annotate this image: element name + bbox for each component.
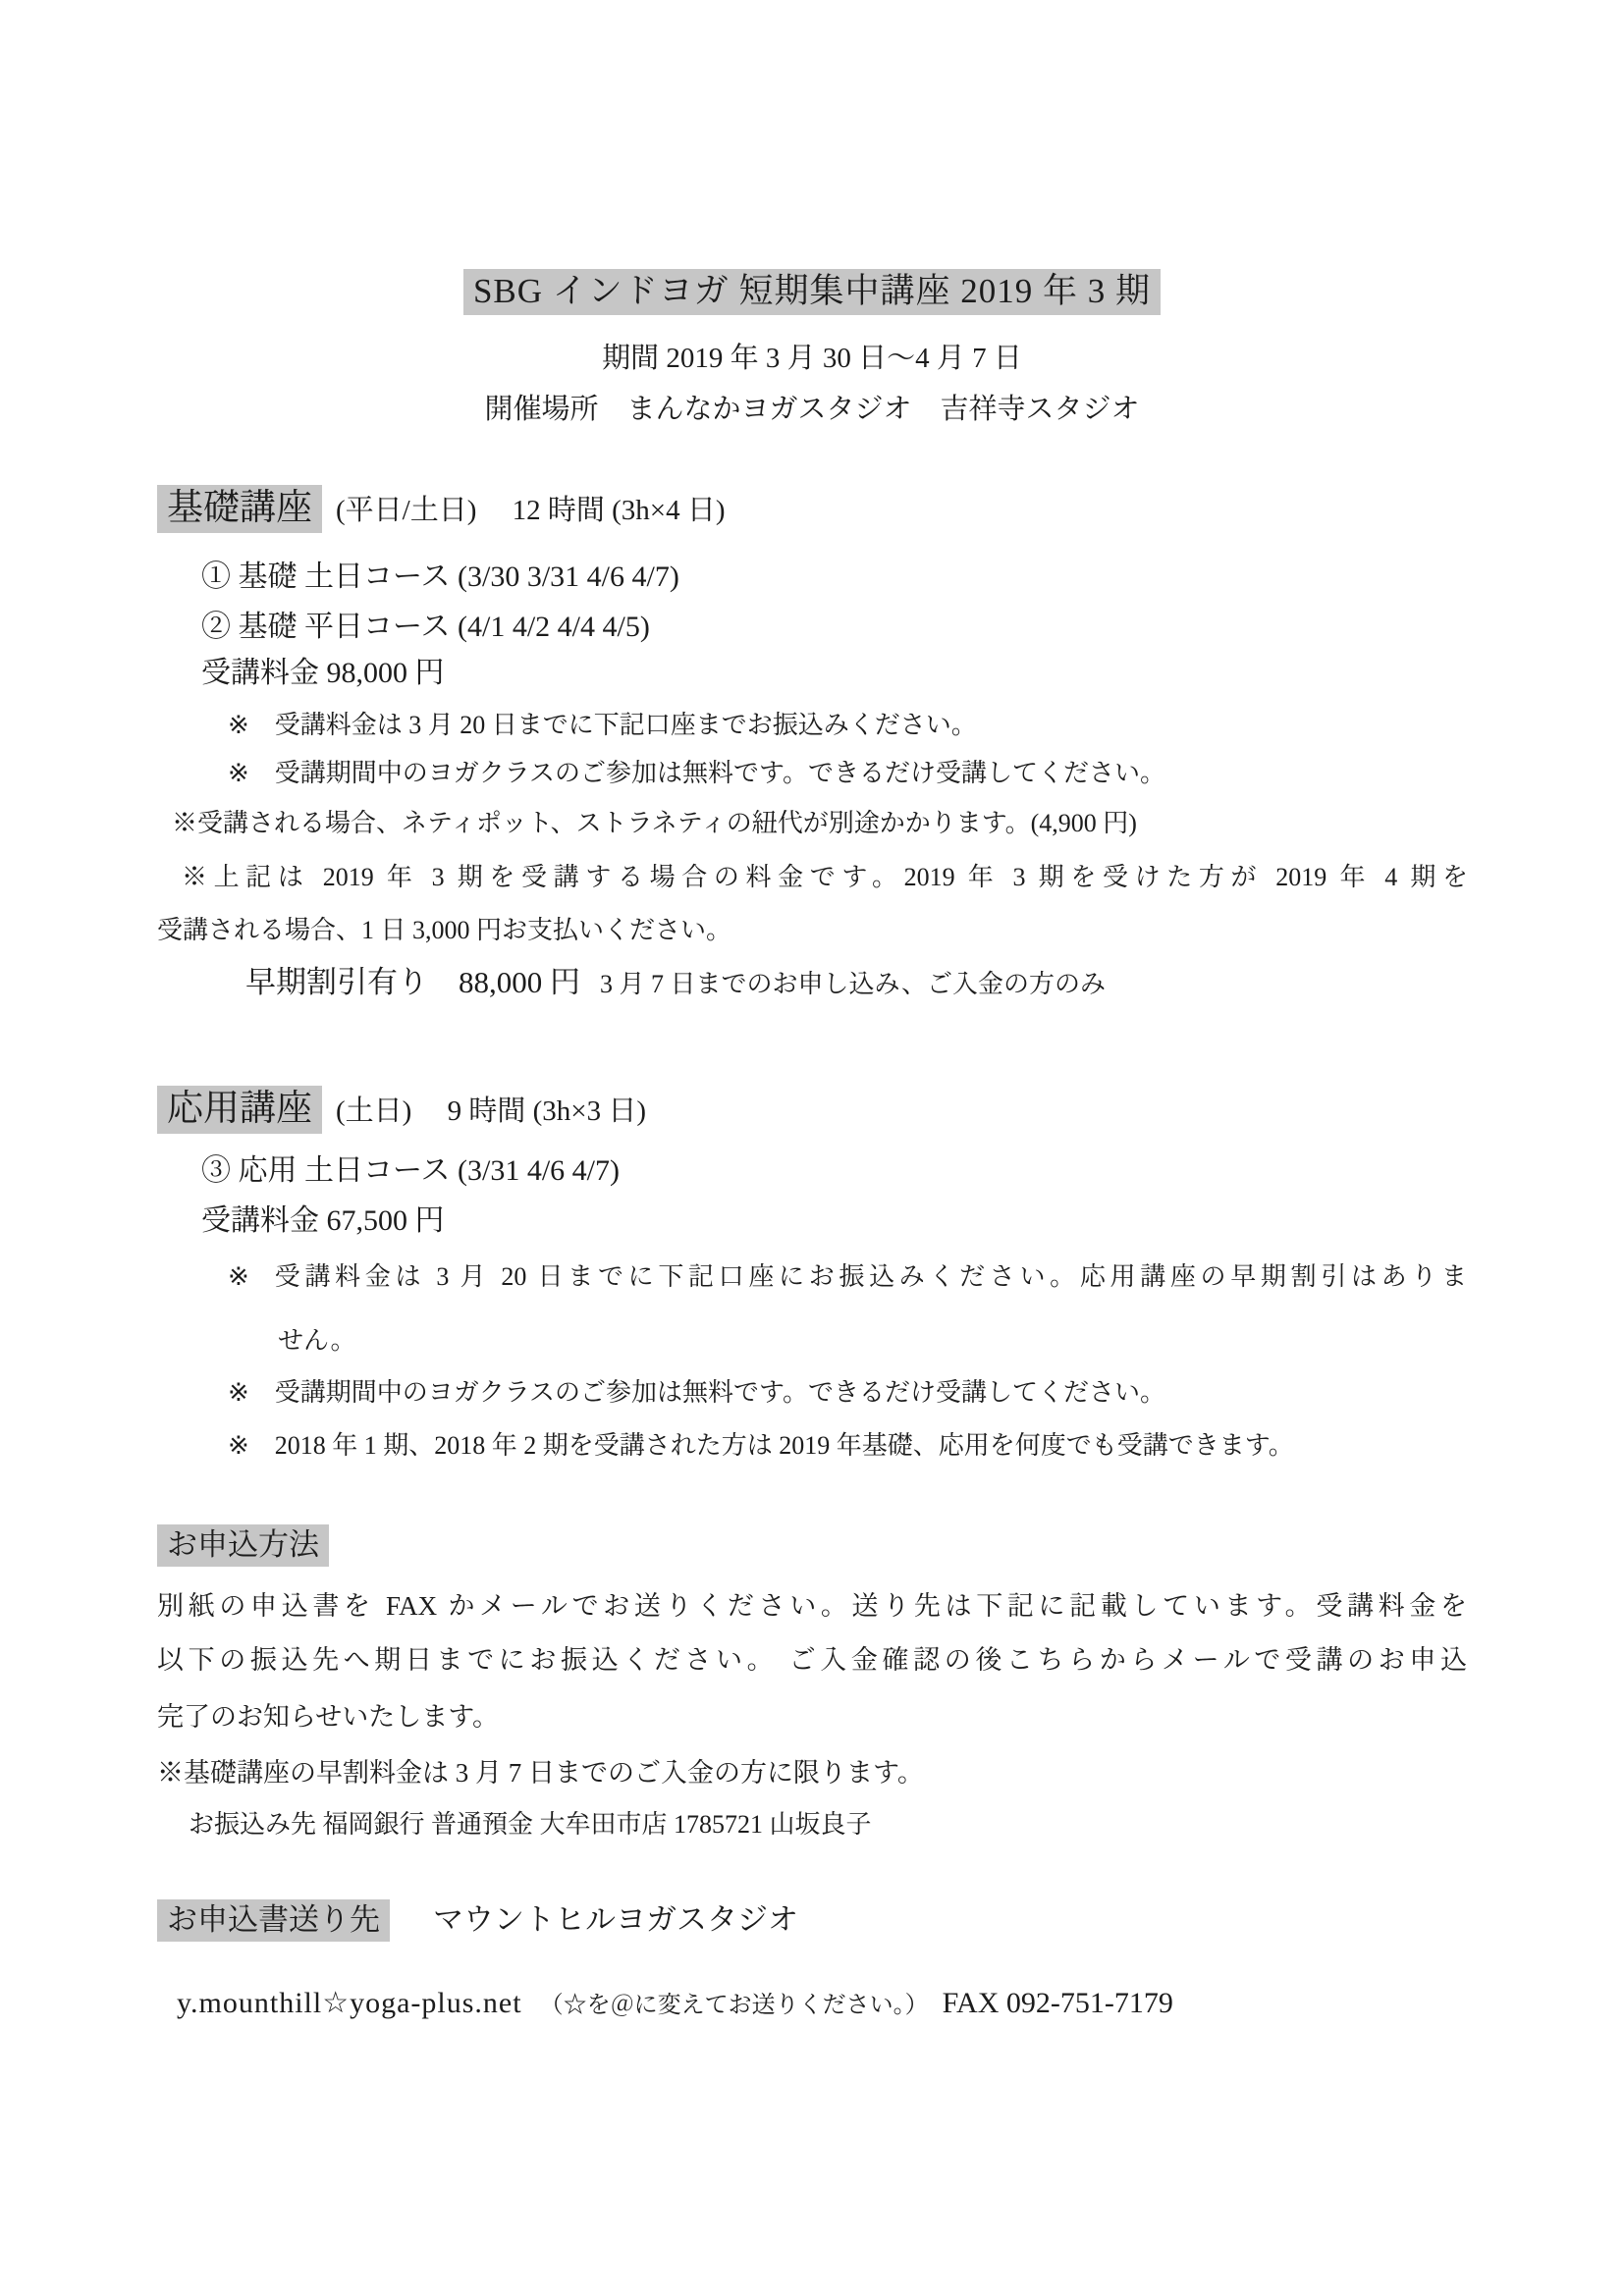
early-discount-condition: 3 月 7 日までのお申し込み、ご入金の方のみ: [600, 970, 1106, 998]
advanced-course-note-2: ※受講期間中のヨガクラスのご参加は無料です。できるだけ受講してください。: [228, 1376, 1467, 1410]
reference-mark: ※: [228, 709, 249, 742]
advanced-course-note-1-line-1: ※受講料金は 3 月 20 日までに下記口座にお振込みください。応用講座の早期割…: [228, 1260, 1467, 1294]
basic-course-heading: 基礎講座: [157, 485, 322, 533]
reference-mark: ※: [228, 1376, 249, 1410]
fax-number: FAX 092-751-7179: [943, 1987, 1173, 2019]
period-line: 期間 2019 年 3 月 30 日～4 月 7 日: [0, 340, 1624, 377]
reference-mark: ※: [228, 757, 249, 790]
document-title: SBG インドヨガ 短期集中講座 2019 年 3 期: [463, 269, 1161, 315]
email-address: y.mounthill☆yoga-plus.net: [177, 1987, 522, 2019]
advanced-course-note-1-line-2: せん。: [278, 1324, 356, 1358]
send-to-heading: お申込書送り先: [157, 1899, 390, 1942]
basic-course-heading-detail: (平日/土日) 12 時間 (3h×4 日): [336, 495, 726, 526]
advanced-course-note-3-text: 2018 年 1 期、2018 年 2 期を受講された方は 2019 年基礎、応…: [275, 1429, 1294, 1463]
bank-transfer-line: お振込み先 福岡銀行 普通預金 大牟田市店 1785721 山坂良子: [189, 1808, 872, 1842]
contact-line: y.mounthill☆yoga-plus.net（☆を＠に変えてお送りください…: [177, 1984, 1173, 2023]
early-discount-line: 早期割引有り 88,000 円3 月 7 日までのお申し込み、ご入金の方のみ: [245, 963, 1106, 1003]
basic-course-fee: 受講料金 98,000 円: [201, 654, 445, 693]
basic-course-note-4-line-2: 受講される場合、1 日 3,000 円お支払いください。: [157, 914, 731, 947]
basic-course-note-2-text: 受講期間中のヨガクラスのご参加は無料です。できるだけ受講してください。: [275, 757, 1165, 790]
advanced-course-item: ③ 応用 土日コース (3/31 4/6 4/7): [201, 1151, 620, 1191]
venue-line: 開催場所 まんなかヨガスタジオ 吉祥寺スタジオ: [0, 391, 1624, 428]
document-title-line: SBG インドヨガ 短期集中講座 2019 年 3 期: [0, 269, 1624, 314]
basic-course-item-2: ② 基礎 平日コース (4/1 4/2 4/4 4/5): [201, 608, 650, 647]
advanced-course-note-3: ※2018 年 1 期、2018 年 2 期を受講された方は 2019 年基礎、…: [228, 1429, 1467, 1463]
early-discount-price: 早期割引有り 88,000 円: [245, 965, 580, 999]
application-early-discount-note: ※基礎講座の早割料金は 3 月 7 日までのご入金の方に限ります。: [157, 1756, 924, 1791]
advanced-course-heading-line: 応用講座(土日) 9 時間 (3h×3 日): [157, 1086, 646, 1134]
reference-mark: ※: [228, 1429, 249, 1463]
send-to-heading-line: お申込書送り先マウントヒルヨガスタジオ: [157, 1900, 798, 1941]
basic-course-note-1: ※受講料金は 3 月 20 日までに下記口座までお振込みください。: [228, 709, 1467, 742]
application-paragraph-line-3: 完了のお知らせいたします。: [157, 1700, 499, 1735]
application-paragraph-line-1: 別紙の申込書を FAX かメールでお送りください。送り先は下記に記載しています。…: [157, 1589, 1467, 1625]
advanced-course-fee: 受講料金 67,500 円: [201, 1201, 445, 1241]
basic-course-heading-line: 基礎講座(平日/土日) 12 時間 (3h×4 日): [157, 485, 726, 533]
basic-course-note-2: ※受講期間中のヨガクラスのご参加は無料です。できるだけ受講してください。: [228, 757, 1467, 790]
reference-mark: ※: [228, 1260, 249, 1294]
advanced-course-note-2-text: 受講期間中のヨガクラスのご参加は無料です。できるだけ受講してください。: [275, 1376, 1165, 1410]
application-heading: お申込方法: [157, 1524, 329, 1567]
application-heading-line: お申込方法: [157, 1525, 329, 1566]
email-replace-note: （☆を＠に変えてお送りください。）: [540, 1993, 929, 2018]
advanced-course-heading-detail: (土日) 9 時間 (3h×3 日): [336, 1095, 646, 1127]
send-to-studio-name: マウントヒルヨガスタジオ: [433, 1902, 798, 1937]
basic-course-note-3: ※受講される場合、ネティポット、ストラネティの紐代が別途かかります。(4,900…: [172, 807, 1137, 840]
basic-course-note-1-text: 受講料金は 3 月 20 日までに下記口座までお振込みください。: [275, 709, 977, 742]
application-paragraph-line-2: 以下の振込先へ期日までにお振込ください。 ご入金確認の後こちらからメールで受講の…: [157, 1643, 1467, 1679]
advanced-course-heading: 応用講座: [157, 1086, 322, 1134]
basic-course-item-1: ① 基礎 土日コース (3/30 3/31 4/6 4/7): [201, 558, 679, 597]
advanced-course-note-1-text: 受講料金は 3 月 20 日までに下記口座にお振込みください。応用講座の早期割引…: [275, 1260, 1467, 1294]
document-page: SBG インドヨガ 短期集中講座 2019 年 3 期 期間 2019 年 3 …: [0, 0, 1624, 2296]
basic-course-note-4-line-1: ※上記は 2019 年 3 期を受講する場合の料金です。2019 年 3 期を受…: [182, 861, 1468, 894]
